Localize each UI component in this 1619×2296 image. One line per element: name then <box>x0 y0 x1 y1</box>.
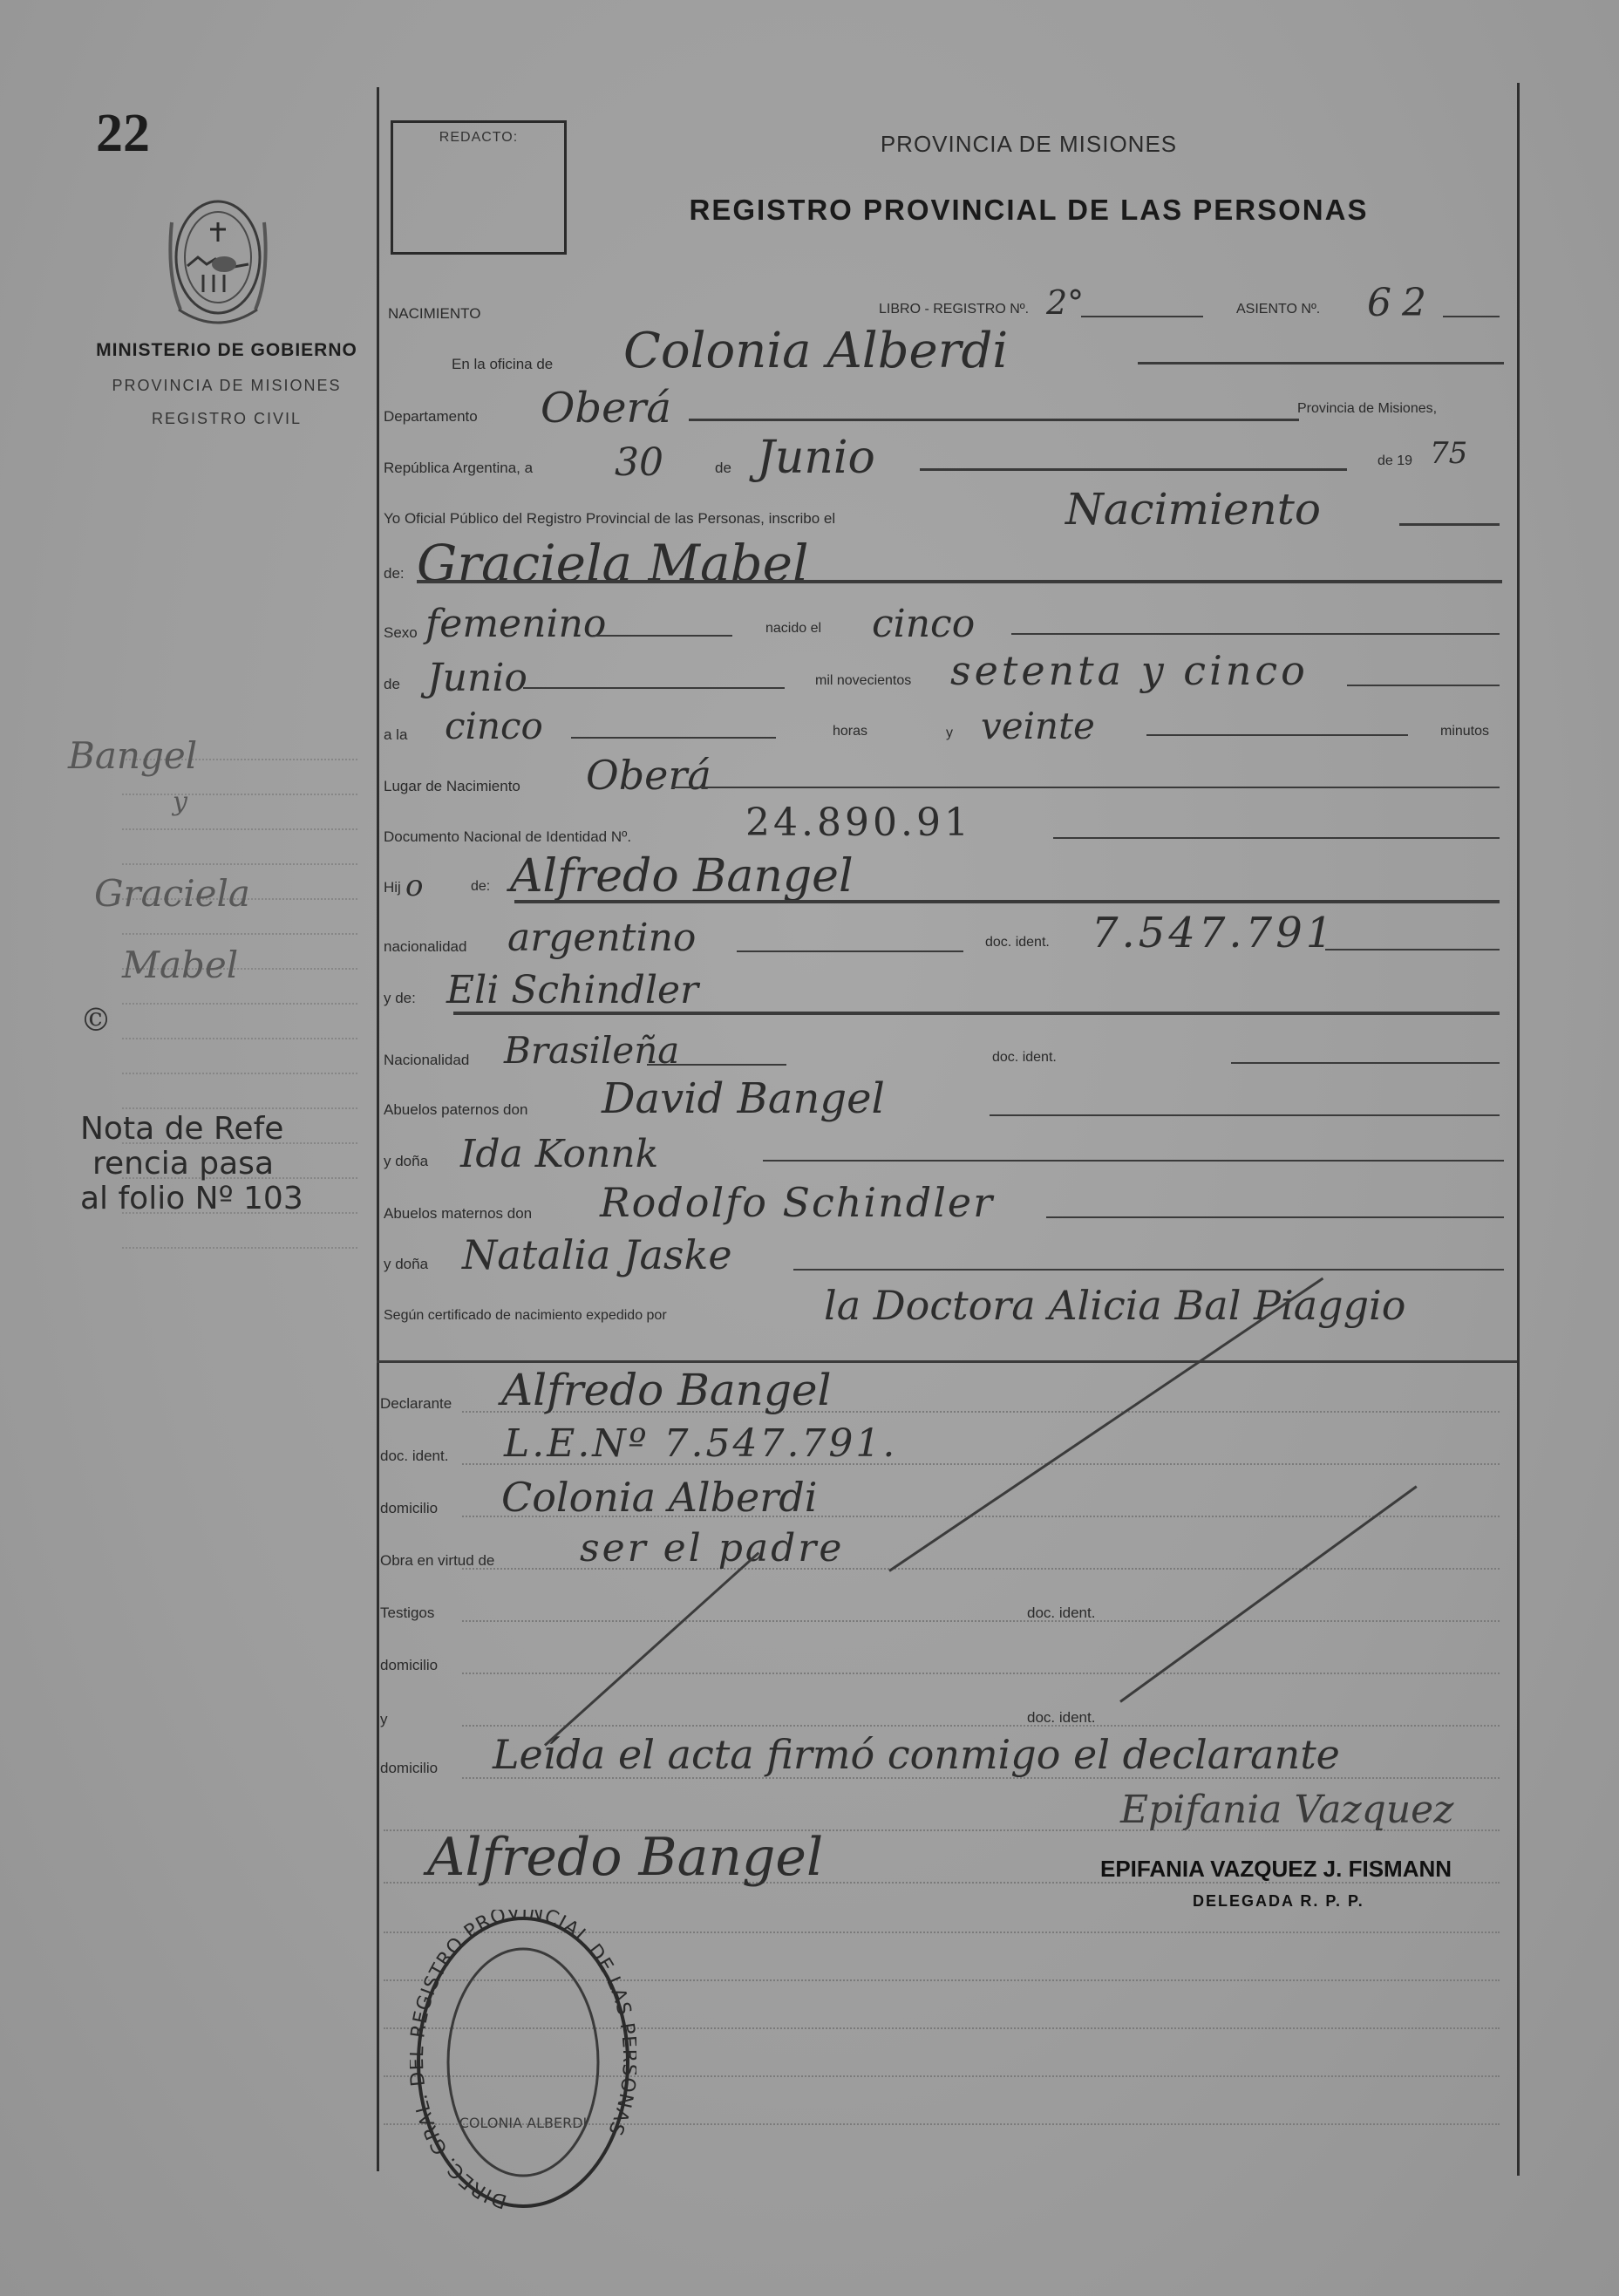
hijo-gender-mark: o <box>405 869 423 903</box>
testigo2-doc-label: doc. ident. <box>1027 1709 1095 1727</box>
abuela-paterna-rule <box>763 1160 1504 1162</box>
testigos-label: Testigos <box>380 1604 434 1622</box>
fecha-year-value: 75 <box>1430 436 1467 471</box>
margin-annotation-middle-name: Mabel <box>122 944 238 986</box>
margin-rule <box>122 828 357 830</box>
hora-value: cinco <box>445 705 543 747</box>
libro-registro-rule <box>1081 316 1203 317</box>
padre-nacionalidad-label: nacionalidad <box>384 938 466 956</box>
madre-nacionalidad-rule <box>647 1064 786 1066</box>
declarante-doc-value: L.E.Nº 7.547.791. <box>504 1421 897 1466</box>
abuela-materna-value: Natalia Jaske <box>462 1231 732 1278</box>
horas-label: horas <box>833 724 867 739</box>
margin-rule <box>122 933 357 935</box>
mil-novecientos-value: setenta y cinco <box>950 647 1309 694</box>
oficina-rule <box>1138 362 1504 364</box>
padre-doc-rule <box>1325 949 1500 950</box>
fecha-de-label: de <box>715 460 731 477</box>
padre-de-label: de: <box>471 879 490 895</box>
testigo2-domicilio-label: domicilio <box>380 1760 438 1777</box>
official-signature: Epifania Vazquez <box>1120 1788 1453 1832</box>
margin-annotation-y: y <box>173 787 187 817</box>
hijo-label: Hij <box>384 879 401 896</box>
margin-rule <box>122 1247 357 1249</box>
testigo2-label: y <box>380 1711 388 1728</box>
provincia-label: Provincia de Misiones, <box>1297 401 1437 417</box>
padre-rule <box>514 900 1500 903</box>
mes-label: de <box>384 676 400 693</box>
dni-rule <box>1053 837 1500 839</box>
testigo1-domicilio-label: domicilio <box>380 1657 438 1674</box>
padre-value: Alfredo Bangel <box>510 850 854 903</box>
ministry-office: REGISTRO CIVIL <box>52 410 401 428</box>
cancel-stroke <box>544 1552 759 1747</box>
certificado-label: Según certificado de nacimiento expedido… <box>384 1308 667 1324</box>
declarante-doc-label: doc. ident. <box>380 1448 448 1465</box>
nacido-label: nacido el <box>765 621 821 637</box>
abuela-paterna-value: Ida Konnk <box>460 1132 658 1176</box>
abuela-materna-rule <box>793 1269 1504 1271</box>
abuelo-paterno-rule <box>990 1114 1500 1116</box>
lugar-rule <box>671 787 1500 788</box>
fecha-day: 30 <box>615 440 663 485</box>
margin-rule <box>122 863 357 865</box>
margin-annotation-surname: Bangel <box>68 734 197 777</box>
note-line-2: rencia pasa <box>80 1147 368 1182</box>
oficina-value: Colonia Alberdi <box>623 323 1008 379</box>
persona-label: de: <box>384 565 405 583</box>
certificado-value: la Doctora Alicia Bal Piaggio <box>824 1282 1405 1329</box>
libro-registro-label: LIBRO - REGISTRO Nº. <box>879 302 1029 317</box>
fecha-rule <box>920 468 1347 471</box>
sexo-label: Sexo <box>384 624 418 642</box>
ministry-header: MINISTERIO DE GOBIERNO PROVINCIA DE MISI… <box>52 0 401 453</box>
declarante-label: Declarante <box>380 1395 452 1413</box>
testigos-doc-label: doc. ident. <box>1027 1604 1095 1622</box>
sexo-value: femenino <box>425 602 606 646</box>
mes-rule <box>523 687 785 689</box>
registry-seal-icon: DIREC. GRAL. DEL REGISTRO PROVINCIAL DE … <box>410 1910 636 2215</box>
registry-title: REGISTRO PROVINCIAL DE LAS PERSONAS <box>610 194 1447 227</box>
abuelo-materno-label: Abuelos maternos don <box>384 1205 532 1223</box>
redacto-label: REDACTO: <box>393 130 564 146</box>
y-label: y <box>946 726 953 741</box>
declarante-domicilio-value: Colonia Alberdi <box>501 1474 817 1521</box>
padre-doc-label: doc. ident. <box>985 935 1050 950</box>
inscribo-label: Yo Oficial Público del Registro Provinci… <box>384 510 835 528</box>
province-title: PROVINCIA DE MISIONES <box>785 131 1273 158</box>
asiento-rule <box>1443 316 1500 317</box>
oficina-label: En la oficina de <box>452 356 553 373</box>
madre-nacionalidad-label: Nacionalidad <box>384 1052 469 1069</box>
margin-rule <box>122 794 357 795</box>
testigo2-line <box>462 1725 1500 1727</box>
section-divider <box>377 1360 1517 1363</box>
abuelo-materno-rule <box>1046 1216 1504 1218</box>
asiento-label: ASIENTO Nº. <box>1236 302 1320 317</box>
obra-value: ser el padre <box>580 1526 844 1570</box>
madre-label: y de: <box>384 990 416 1007</box>
abuela-paterna-label: y doña <box>384 1153 428 1170</box>
right-frame-line <box>1517 83 1520 2176</box>
padre-nacionalidad-rule <box>737 950 963 952</box>
dni-value: 24.890.91 <box>745 801 972 845</box>
declarante-domicilio-label: domicilio <box>380 1500 438 1517</box>
margin-annotation-first-name: Graciela <box>94 872 250 915</box>
lugar-label: Lugar de Nacimiento <box>384 778 520 795</box>
hora-rule <box>571 737 776 739</box>
svg-text:DIREC. GRAL. DEL REGISTRO PROV: DIREC. GRAL. DEL REGISTRO PROVINCIAL DE … <box>410 1910 636 2212</box>
testigos-line <box>462 1620 1500 1622</box>
minutos-label: minutos <box>1440 724 1489 739</box>
ministry-name: MINISTERIO DE GOBIERNO <box>52 340 401 361</box>
abuela-materna-label: y doña <box>384 1256 428 1273</box>
inscribo-value: Nacimiento <box>1065 484 1321 535</box>
libro-registro-value: 2° <box>1046 283 1084 322</box>
departamento-rule <box>689 419 1299 421</box>
abuelo-paterno-label: Abuelos paternos don <box>384 1101 527 1119</box>
seal-inner-text: COLONIA ALBERDI <box>459 2115 588 2131</box>
record-type-label: NACIMIENTO <box>388 305 480 323</box>
padre-doc-value: 7.547.791 <box>1092 909 1336 957</box>
closing-statement: Leída el acta firmó conmigo el declarant… <box>493 1731 1340 1778</box>
testigo1-domicilio-line <box>462 1673 1500 1674</box>
lugar-value: Oberá <box>586 752 711 799</box>
mil-novecientos-label: mil novecientos <box>815 673 911 689</box>
asiento-value: 62 <box>1367 281 1437 325</box>
mil-novecientos-rule <box>1347 685 1500 686</box>
note-line-3: al folio Nº 103 <box>80 1182 368 1216</box>
fecha-year-label: de 19 <box>1378 453 1412 469</box>
departamento-label: Departamento <box>384 408 478 426</box>
abuelo-paterno-value: David Bangel <box>602 1074 885 1123</box>
persona-value: Graciela Mabel <box>417 534 809 593</box>
sexo-rule <box>593 635 732 637</box>
declarante-signature: Alfredo Bangel <box>427 1827 823 1888</box>
inscribo-rule <box>1399 523 1500 526</box>
dni-label: Documento Nacional de Identidad Nº. <box>384 828 631 846</box>
official-stamp-name: EPIFANIA VAZQUEZ J. FISMANN <box>1100 1856 1452 1883</box>
birth-certificate-page: 22 MINISTERIO DE GOBIERNO PROVINCIA DE M… <box>0 0 1619 2296</box>
official-stamp-title: DELEGADA R. P. P. <box>1193 1892 1364 1911</box>
padre-nacionalidad-value: argentino <box>507 916 696 960</box>
mes-value: Junio <box>427 656 527 700</box>
persona-rule <box>417 580 1502 583</box>
minutos-value: veinte <box>981 705 1095 747</box>
hora-label: a la <box>384 726 407 744</box>
minutos-rule <box>1146 734 1408 736</box>
madre-rule <box>453 1012 1500 1015</box>
departamento-value: Oberá <box>541 384 671 433</box>
fecha-label: República Argentina, a <box>384 460 533 477</box>
abuelo-materno-value: Rodolfo Schindler <box>600 1179 994 1226</box>
fecha-month: Junio <box>757 432 875 484</box>
note-line-1: Nota de Refe <box>80 1112 368 1147</box>
madre-doc-rule <box>1231 1062 1500 1064</box>
ministry-province: PROVINCIA DE MISIONES <box>52 377 401 395</box>
nacido-rule <box>1011 633 1500 635</box>
nacido-value: cinco <box>872 602 975 646</box>
seal-outer-text: DIREC. GRAL. DEL REGISTRO PROVINCIAL DE … <box>410 1910 636 2212</box>
madre-value: Eli Schindler <box>446 968 698 1012</box>
obra-label: Obra en virtud de <box>380 1552 494 1570</box>
margin-reference-note: Nota de Refe rencia pasa al folio Nº 103 <box>80 998 368 1216</box>
redacto-box: REDACTO: <box>391 120 567 255</box>
declarante-value: Alfredo Bangel <box>501 1365 831 1415</box>
madre-doc-label: doc. ident. <box>992 1050 1057 1066</box>
cancel-stroke <box>1119 1485 1418 1702</box>
